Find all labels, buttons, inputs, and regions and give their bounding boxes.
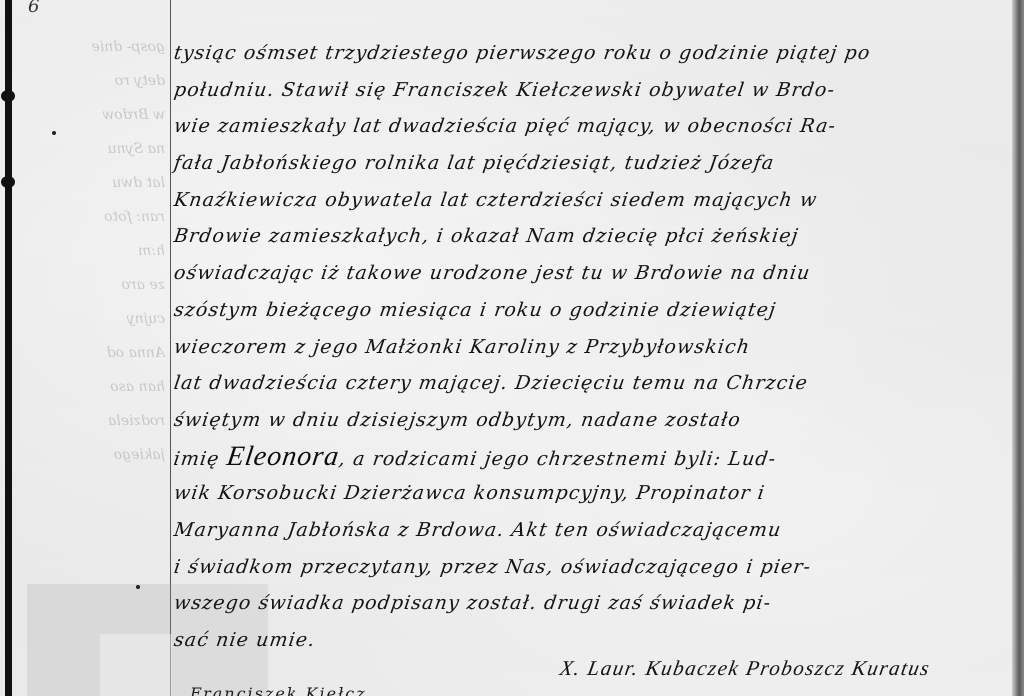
record-line-4: fała Jabłońskiego rolnika lat pięćdziesi… (171, 145, 956, 182)
record-line-10: lat dwadzieścia cztery mającej. Dziecięc… (171, 365, 956, 402)
binding-knot (1, 176, 15, 188)
bleed-line: rodziela (30, 404, 165, 438)
bleed-line: cujny (30, 302, 165, 336)
bleed-line: jakiego (30, 438, 165, 472)
bleed-line: dety ro (30, 64, 165, 98)
record-line-8: szóstym bieżącego miesiąca i roku o godz… (171, 292, 956, 329)
record-line-15: i świadkom przeczytany, przez Nas, oświa… (171, 549, 956, 586)
record-line-13: wik Korsobucki Dzierżawca konsumpcyjny, … (171, 475, 956, 512)
bleed-line: Anna od (30, 336, 165, 370)
corner-mark: 6 (28, 0, 39, 17)
record-line-17: sać nie umie. (171, 622, 956, 659)
margin-bleed-through: gosp- dnie dety ro w Brdow na Synu lat d… (30, 30, 165, 472)
record-line-5: Knaźkiewicza obywatela lat czterdzieści … (171, 182, 956, 219)
bleed-line: han aso (30, 370, 165, 404)
record-line-2: południu. Stawił się Franciszek Kiełczew… (171, 72, 956, 109)
priest-signature: X. Laur. Kubaczek Proboszcz Kuratus (558, 656, 933, 681)
record-line-16: wszego świadka podpisany został. drugi z… (171, 585, 956, 622)
document-page: 6 gosp- dnie dety ro w Brdow na Synu lat… (0, 0, 1024, 696)
record-line-9: wieczorem z jego Małżonki Karoliny z Prz… (171, 329, 956, 366)
record-line-1: tysiąc ośmset trzydziestego pierwszego r… (171, 35, 956, 72)
record-line-12: imię Eleonora, a rodzicami jego chrzestn… (171, 439, 956, 476)
partial-next-line: Franciszek Kiełcz... (190, 684, 388, 696)
record-line-3: wie zamieszkały lat dwadzieścia pięć maj… (171, 108, 956, 145)
bleed-line: na Synu (30, 132, 165, 166)
record-line-11: świętym w dniu dzisiejszym odbytym, nada… (171, 402, 956, 439)
ink-speck (52, 131, 56, 135)
bleed-line: gosp- dnie (30, 30, 165, 64)
record-line-14: Maryanna Jabłońska z Brdowa. Akt ten ośw… (171, 512, 956, 549)
record-line-12-after: , a rodzicami jego chrzestnemi byli: Lud… (337, 448, 777, 470)
record-line-12-before: imię (172, 448, 228, 470)
page-edge-shadow (1012, 0, 1024, 696)
binding-knot (1, 90, 15, 102)
bleed-line: ran: foto (30, 200, 165, 234)
record-body: tysiąc ośmset trzydziestego pierwszego r… (174, 35, 954, 659)
bleed-line: ze aro (30, 268, 165, 302)
record-line-7: oświadczając iż takowe urodzone jest tu … (171, 255, 956, 292)
bleed-line: lat dwu (30, 166, 165, 200)
ink-speck (136, 585, 140, 589)
bleed-line: w Brdow (30, 98, 165, 132)
record-line-6: Brdowie zamieszkałych, i okazał Nam dzie… (171, 218, 956, 255)
bleed-line: h:m (30, 234, 165, 268)
scan-artifact-patch (100, 634, 172, 696)
child-name: Eleonora (225, 441, 342, 472)
binding-line (5, 0, 12, 696)
